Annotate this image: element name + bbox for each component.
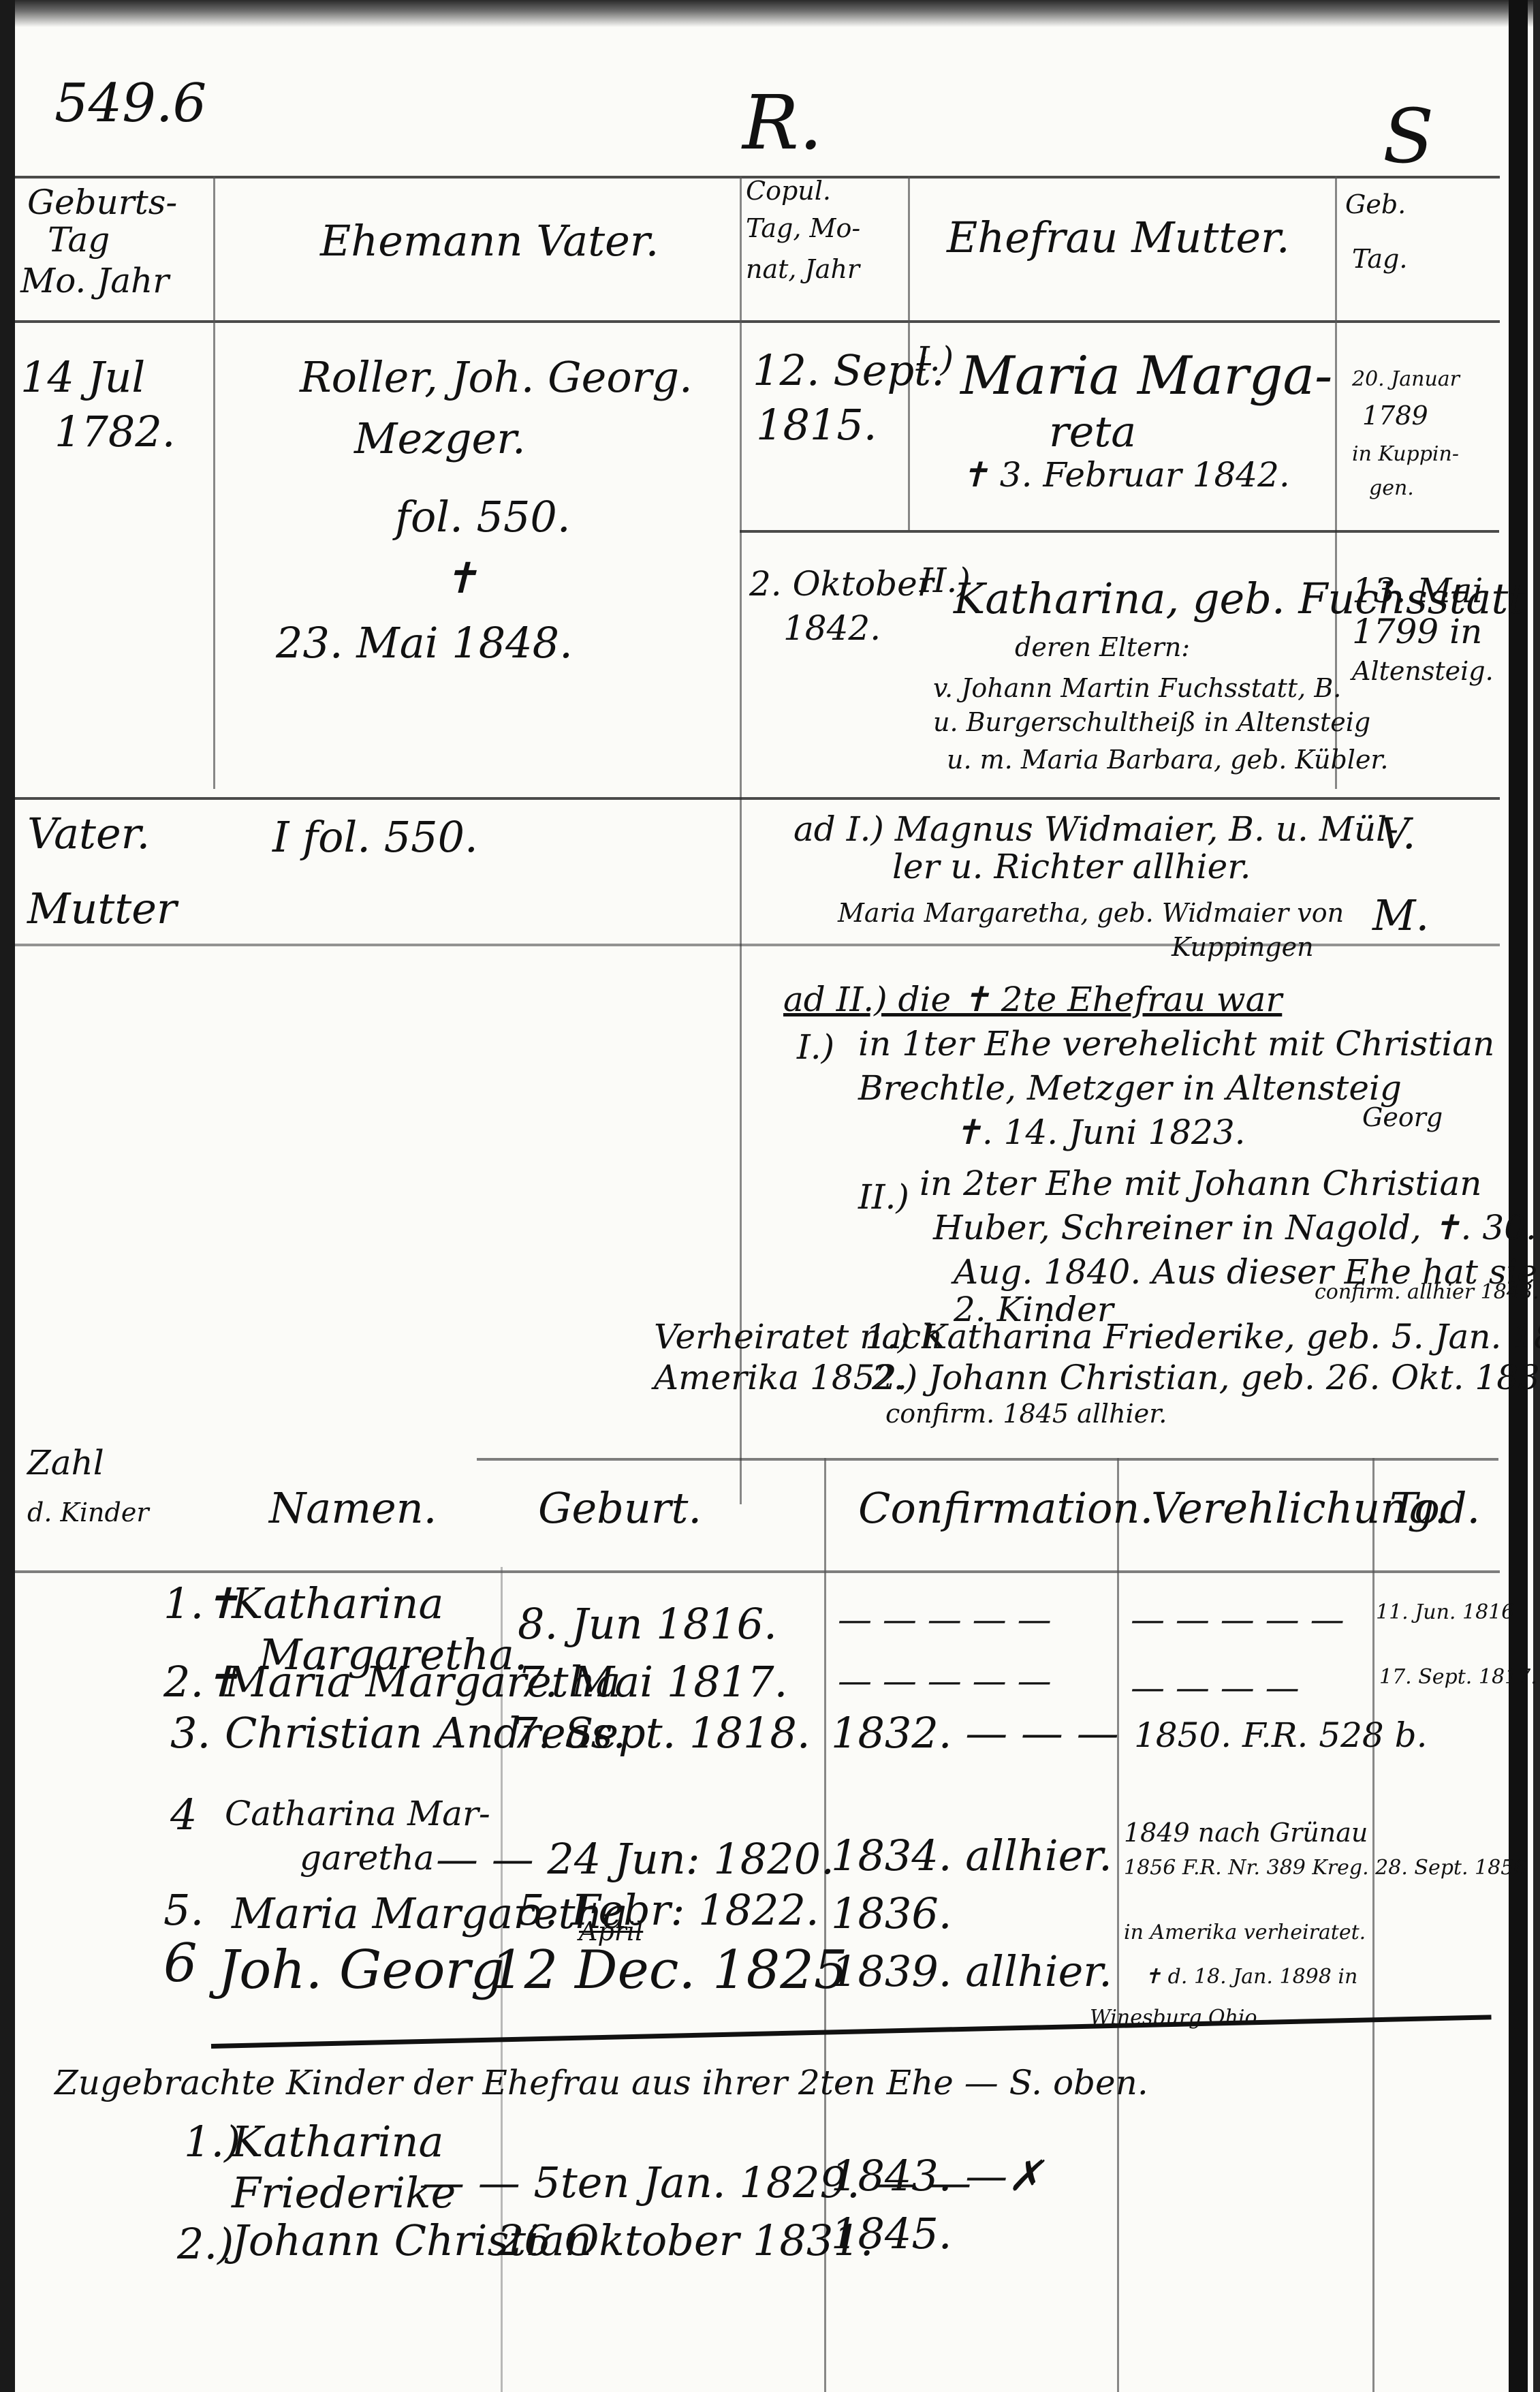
vater-mark: V.	[1379, 811, 1416, 857]
page-gutter	[1509, 0, 1528, 2392]
parents-top-rule	[15, 797, 1500, 800]
marriage-divider	[740, 530, 1499, 533]
register-page: 549.6 R. S Geburts- Tag Mo. Jahr Ehemann…	[0, 0, 1540, 2392]
folio-number: 549.6	[54, 75, 206, 134]
mutter-mark: M.	[1372, 892, 1429, 939]
husband-ref: fol. 550.	[395, 494, 571, 540]
death-cross-icon: ✝	[443, 555, 478, 602]
scan-edge-top	[0, 0, 1540, 27]
mutter-label: Mutter	[27, 886, 177, 932]
emigration-note: Verheiratet nach	[654, 1318, 943, 1356]
corner-mark: S	[1383, 95, 1434, 178]
husband-name: Roller, Joh. Georg.	[300, 354, 693, 401]
header-husband: Ehemann Vater.	[320, 218, 659, 264]
col-divider-1	[213, 176, 215, 789]
header-bottom-rule	[15, 320, 1500, 323]
page-gutter-outer	[1533, 0, 1540, 2392]
col-divider-2	[740, 176, 742, 1504]
children-header-rule	[15, 1570, 1500, 1573]
letter-initial: R.	[742, 82, 823, 164]
husband-death-date: 23. Mai 1848.	[276, 620, 573, 666]
scan-edge-left	[0, 0, 15, 2392]
closing-rule	[211, 2015, 1492, 2049]
vater-label: Vater.	[27, 811, 150, 857]
children-col-death	[1372, 1458, 1374, 2392]
children-top-rule	[477, 1458, 1498, 1461]
children-col-marriage	[1117, 1458, 1119, 2392]
husband-occupation: Mezger.	[354, 416, 526, 462]
vater-ref: I fol. 550.	[272, 814, 478, 860]
header-wife: Ehefrau Mutter.	[947, 215, 1290, 261]
